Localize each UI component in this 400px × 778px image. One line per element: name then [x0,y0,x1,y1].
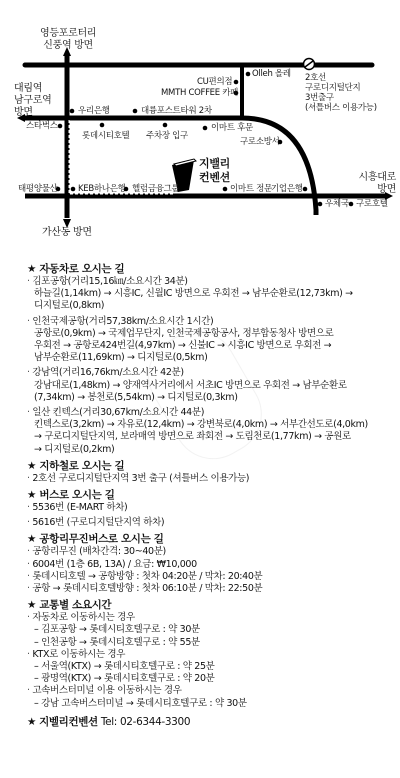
venue-line-2: 컨벤션 [199,171,230,185]
route-head: 김포공항(거리15,16㎞/소요시간 34분) [27,276,397,288]
landmark-post: 우체국 [325,199,349,209]
route-head: 강남역(거리16,76km/소요시간 42분) [27,367,397,379]
limousine-item: 공항리무진 (배차간격: 30~40분) [27,546,397,558]
bus-item: 5536번 (E-MART 하차) [27,502,397,514]
subway-label: 2호선 구로디지털단지 3번출구 (셔틀버스 이용가능) [305,73,377,113]
route-incheon: 인천국제공항(거리57,38km/소요시간 1시간) 공항로(0,9km) → … [27,316,397,365]
landmark-lotte: 롯데시티호텔 [82,131,129,141]
landmark-ibk: 기업은행 [271,184,303,194]
travel-time-line: 인천공항 → 롯데시티호텔구로 : 약 55분 [27,637,397,649]
star-icon: ★ [27,716,36,728]
route-line: 남부순환로(11,69km) → 디지털로(0,5km) [27,352,397,364]
landmark-fire: 구로소방서 [240,137,280,147]
section-title-car: ★ 자동차로 오시는 길 [27,262,397,276]
route-line: 하늘길(1,14km) → 시흥IC, 신월IC 방면으로 우회전 → 남부순환… [27,288,397,300]
bus-item: 5616번 (구로디지털단지역 하차) [27,517,397,529]
section-title-bus: ★ 버스로 오시는 길 [27,488,397,502]
landmark-hellum: 헬럼금융그룹 [132,184,179,194]
limousine-item: 6004번 (1층 6B, 13A) / 요금: ₩10,000 [27,559,397,571]
east-line-2: 방면 [350,184,396,196]
route-line: 공항로(0,9km) → 국제업무단지, 인천국제공항공사, 정부합동청사 방면… [27,328,397,340]
venue-name: 지벨리컨벤션 [39,716,98,728]
landmark-taepyung: 태평양물산 [18,184,58,194]
venue-line-1: 지밸리 [199,157,230,171]
direction-south-label: 가산동 방면 [42,227,92,239]
route-gimpo: 김포공항(거리15,16㎞/소요시간 34분) 하늘길(1,14km) → 시흥… [27,276,397,313]
phone-number: Tel: 02-6344-3300 [101,716,190,728]
landmark-mmth: MMTH COFFEE 카페 [161,88,238,98]
direction-north-label: 영등포로터리 신풍역 방면 [40,28,96,52]
landmark-emart-back: 이마트 후문 [211,123,253,133]
route-line: → 디지털로(0,2km) [27,444,397,456]
route-line: → 구로디지털단지역, 보라매역 방면으로 좌회전 → 도림천로(1,77km)… [27,431,397,443]
landmark-woori: 우리은행 [78,106,110,116]
route-head: 일산 킨텍스(거리30,67km/소요시간 44분) [27,407,397,419]
route-gangnam: 강남역(거리16,76km/소요시간 42분) 강남대로(1,48km) → 양… [27,367,397,404]
section-title-limousine: ★ 공항리무진버스로 오시는 길 [27,532,397,546]
route-line: 강남대로(1,48km) → 양재역사거리에서 서초IC 방면으로 우회전 → … [27,380,397,392]
landmark-cu: CU편의점 [197,77,232,87]
travel-mode: 고속버스터미널 이용 이동하시는 경우 [27,685,397,697]
landmark-emart-front: 이마트 정문 [230,184,272,194]
subway-line-2: 구로디지털단지 [305,83,377,93]
travel-time-line: 서울역(KTX) → 롯데시티호텔구로 : 약 25분 [27,661,397,673]
subway-line-1: 2호선 [305,73,377,83]
travel-mode: 자동차로 이동하시는 경우 [27,612,397,624]
route-line: 킨텍스로(3,2km) → 자유로(12,4km) → 강변북로(4,0km) … [27,419,397,431]
landmark-olleh: Olleh 올레 [252,69,291,79]
limousine-item: 공항 → 롯데시티호텔방향 : 첫차 06:10분 / 막차: 22:50분 [27,583,397,595]
east-line-1: 시흥대로 [350,172,396,184]
travel-time-line: 김포공항 → 롯데시티호텔구로 : 약 30분 [27,624,397,636]
limousine-item: 롯데시티호텔 → 공항방향 : 첫차 04:20분 / 막차: 20:40분 [27,571,397,583]
route-kintex: 일산 킨텍스(거리30,67km/소요시간 44분) 킨텍스로(3,2km) →… [27,407,397,456]
contact-footer: ★ 지벨리컨벤션 Tel: 02-6344-3300 [27,716,397,728]
direction-east-label: 시흥대로 방면 [350,172,396,196]
route-line: 디지털로(0,8km) [27,300,397,312]
north-line-1: 영등포로터리 [40,28,96,40]
subway-line-3: 3번출구 [305,93,377,103]
route-head: 인천국제공항(거리57,38km/소요시간 1시간) [27,316,397,328]
west-line-3: 방면 [14,107,51,119]
directions-text: ★ 자동차로 오시는 길 김포공항(거리15,16㎞/소요시간 34분) 하늘길… [27,262,397,728]
section-title-travel-time: ★ 교통별 소요시간 [27,598,397,612]
direction-west-label: 대림역 남구로역 방면 [14,83,51,119]
landmark-parking: 주차장 입구 [146,131,188,141]
landmark-daeryung: 대륭포스트타워 2차 [141,106,212,116]
landmark-guro-hotel: 구로호텔 [356,199,388,209]
subway-item: 2호선 구로디지털단지역 3번 출구 (셔틀버스 이용가능) [27,473,397,485]
west-line-2: 남구로역 [14,95,51,107]
location-map: 영등포로터리 신풍역 방면 대림역 남구로역 방면 가산동 방면 시흥대로 방면… [0,0,400,240]
travel-mode: KTX로 이동하시는 경우 [27,649,397,661]
landmark-starbucks: 스타벅스 [26,121,58,131]
west-line-1: 대림역 [14,83,51,95]
travel-time-line: 강남 고속버스터미널 → 롯데시티호텔구로 : 약 30분 [27,698,397,710]
landmark-keb: KEB하나은행 [78,184,126,194]
route-line: (7,34km) → 봉천로(5,54km) → 디지털로(0,3km) [27,392,397,404]
subway-line-4: (셔틀버스 이용가능) [305,103,377,113]
section-title-subway: ★ 지하철로 오시는 길 [27,459,397,473]
route-line: 우회전 → 공항로424번길(4,97km) → 신불IC → 시흥IC 방면으… [27,340,397,352]
venue-label: 지밸리 컨벤션 [199,157,230,185]
travel-time-line: 광명역(KTX) → 롯데시티호텔구로 : 약 20분 [27,673,397,685]
north-line-2: 신풍역 방면 [40,40,96,52]
